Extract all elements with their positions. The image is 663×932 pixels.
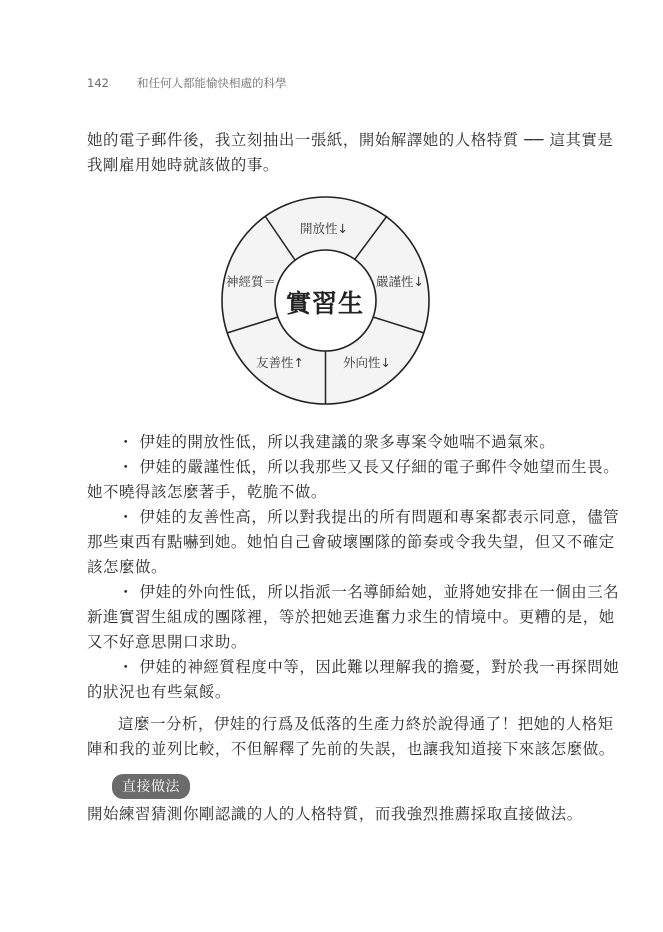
text-line: 該怎麼做。 [87, 555, 571, 580]
text-line: ・ 伊娃的神經質程度中等，因此難以理解我的擔憂，對於我一再探問她 [87, 655, 571, 680]
bullet-extraversion: ・ 伊娃的外向性低，所以指派一名導師給她，並將她安排在一個由三名 新進實習生組成… [87, 580, 571, 655]
section-tag-direct-approach: 直接做法 [112, 774, 190, 799]
text-line: 又不好意思開口求助。 [87, 630, 571, 655]
text-line: ・ 伊娃的嚴謹性低，所以我那些又長又仔細的電子郵件令她望而生畏。 [87, 455, 571, 480]
center-label-intern: 實習生 [286, 284, 364, 320]
section-paragraph: 開始練習猜測你剛認識的人的人格特質，而我強烈推薦採取直接做法。 [87, 802, 571, 827]
bullet-agreeableness: ・ 伊娃的友善性高，所以對我提出的所有問題和專案都表示同意，儘管 那些東西有點嚇… [87, 505, 571, 580]
text-line: 陣和我的並列比較，不但解釋了先前的失誤，也讓我知道接下來該怎麼做。 [87, 737, 571, 762]
intro-paragraph: 她的電子郵件後，我立刻抽出一張紙，開始解譯她的人格特質 ── 這其實是 我剛雇用… [87, 128, 571, 178]
segment-label-conscientiousness: 嚴謹性↓ [376, 272, 424, 290]
text-line: ・ 伊娃的開放性低，所以我建議的衆多專案令她喘不過氣來。 [87, 430, 571, 455]
text-line: ・ 伊娃的外向性低，所以指派一名導師給她，並將她安排在一個由三名 [87, 580, 571, 605]
text-line: 這麼一分析，伊娃的行爲及低落的生產力終於說得通了！把她的人格矩 [87, 712, 571, 737]
text-line: 我剛雇用她時就該做的事。 [87, 153, 571, 178]
segment-label-openness: 開放性↓ [300, 219, 348, 237]
text-line: 她的電子郵件後，我立刻抽出一張紙，開始解譯她的人格特質 ── 這其實是 [87, 128, 571, 153]
page-number: 142 [87, 76, 109, 90]
bullet-openness: ・ 伊娃的開放性低，所以我建議的衆多專案令她喘不過氣來。 [87, 430, 571, 455]
analysis-paragraph: 這麼一分析，伊娃的行爲及低落的生產力終於說得通了！把她的人格矩 陣和我的並列比較… [87, 712, 571, 762]
bullet-neuroticism: ・ 伊娃的神經質程度中等，因此難以理解我的擔憂，對於我一再探問她 的狀況也有些氣… [87, 655, 571, 705]
text-line: 她不曉得該怎麼著手，乾脆不做。 [87, 480, 571, 505]
text-line: 開始練習猜測你剛認識的人的人格特質，而我強烈推薦採取直接做法。 [87, 802, 571, 827]
running-head: 142 和任何人都能愉快相處的科學 [87, 75, 286, 91]
book-title: 和任何人都能愉快相處的科學 [137, 75, 287, 91]
text-line: 那些東西有點嚇到她。她怕自己會破壞團隊的節奏或令我失望，但又不確定 [87, 530, 571, 555]
text-line: ・ 伊娃的友善性高，所以對我提出的所有問題和專案都表示同意，儘管 [87, 505, 571, 530]
segment-label-agreeableness: 友善性↑ [256, 353, 304, 371]
text-line: 新進實習生組成的團隊裡，等於把她丟進奮力求生的情境中。更糟的是，她 [87, 605, 571, 630]
text-line: 的狀況也有些氣餒。 [87, 680, 571, 705]
bullet-conscientiousness: ・ 伊娃的嚴謹性低，所以我那些又長又仔細的電子郵件令她望而生畏。 她不曉得該怎麼… [87, 455, 571, 505]
segment-label-neuroticism: 神經質＝ [226, 272, 276, 290]
segment-label-extraversion: 外向性↓ [343, 353, 391, 371]
